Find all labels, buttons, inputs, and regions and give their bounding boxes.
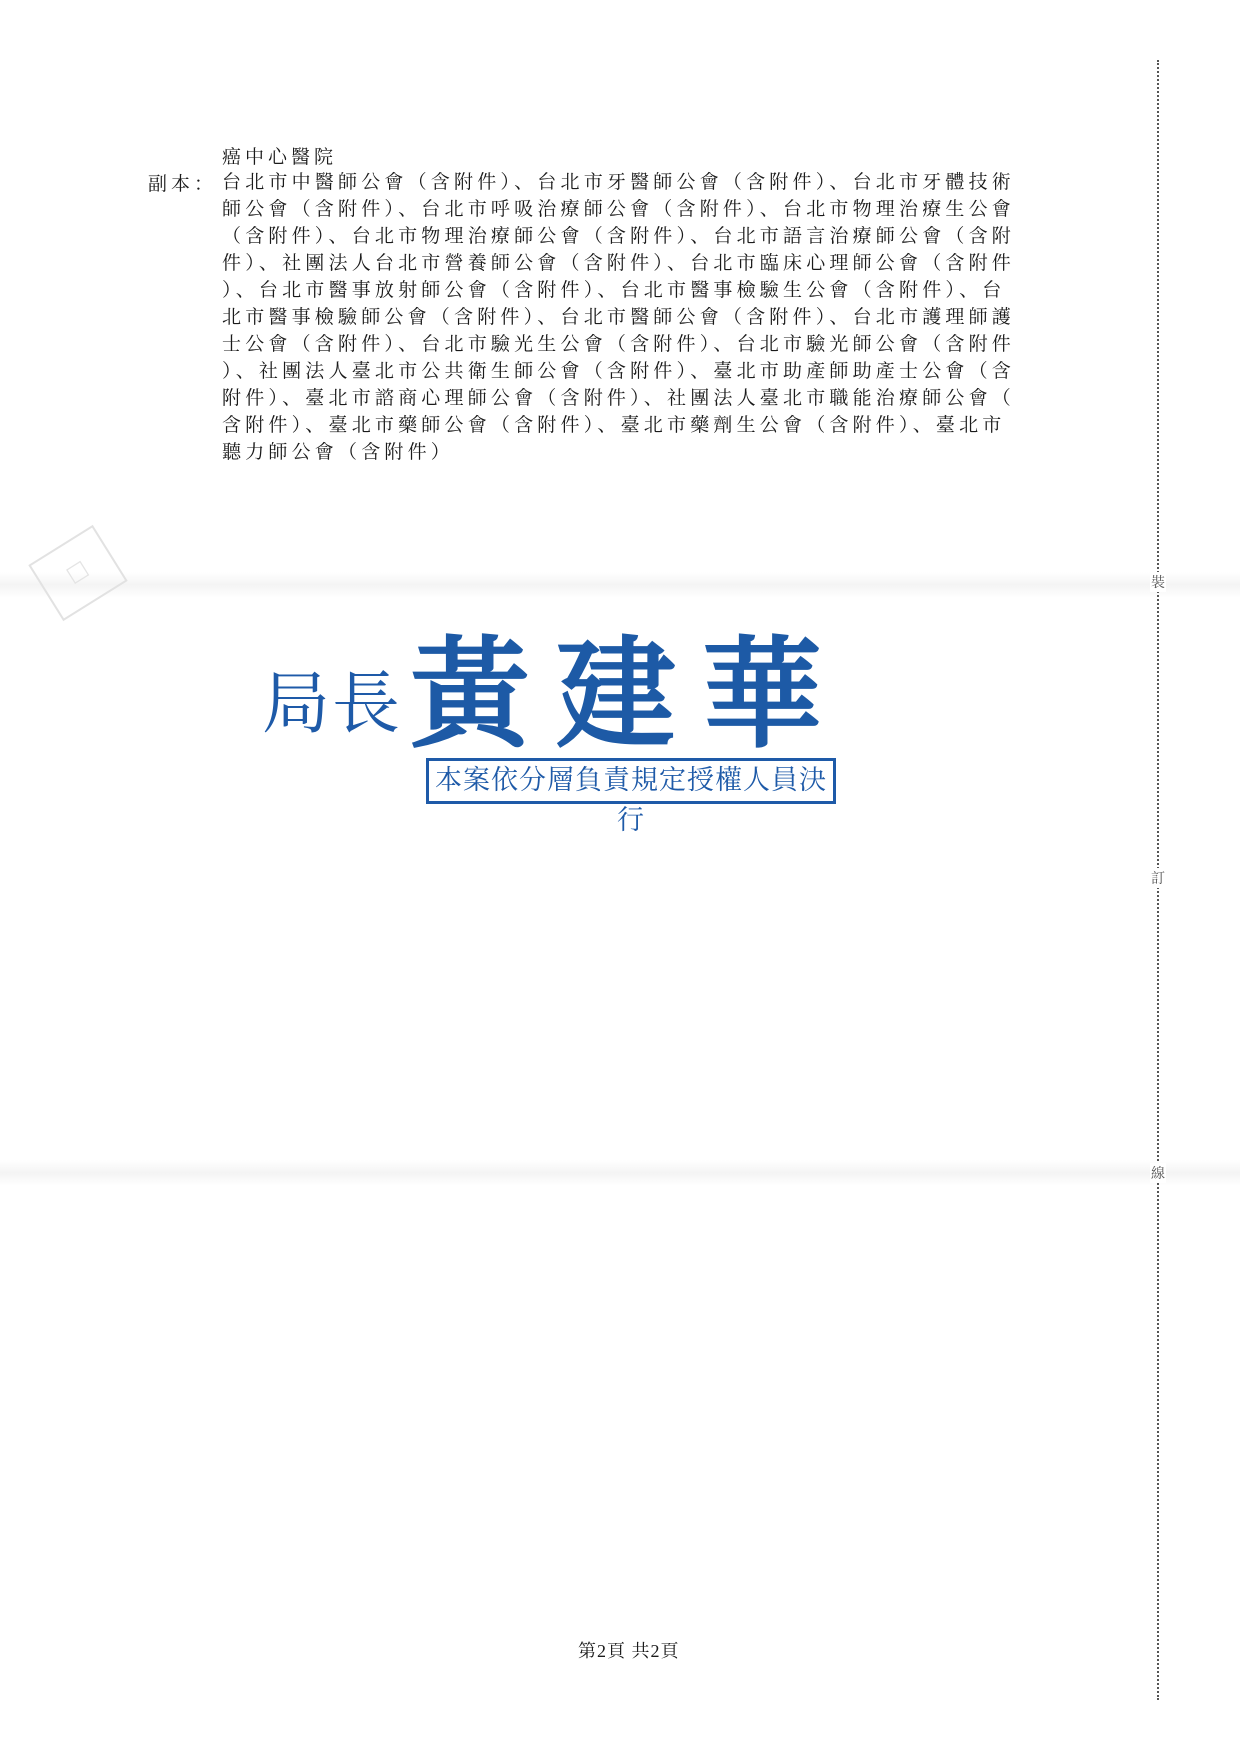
paper-fold-shadow: [0, 572, 1240, 598]
authority-delegation-stamp: 本案依分層負責規定授權人員決行: [426, 758, 836, 804]
page-number: 第2頁 共2頁: [578, 1637, 680, 1663]
faded-seal-stamp: □: [28, 525, 127, 621]
cc-line: 師公會（含附件）、台北市呼吸治療師公會（含附件）、台北市物理治療生公會: [222, 196, 1110, 223]
binding-mark-zhuang: 裝: [1150, 572, 1166, 592]
cc-label: 副本：: [148, 169, 217, 196]
binding-mark-xian: 線: [1150, 1163, 1166, 1183]
cc-line: ）、社團法人臺北市公共衛生師公會（含附件）、臺北市助產師助產士公會（含: [222, 358, 1110, 385]
cc-line: 附件）、臺北市諮商心理師公會（含附件）、社團法人臺北市職能治療師公會（: [222, 385, 1110, 412]
cc-line: ）、台北市醫事放射師公會（含附件）、台北市醫事檢驗生公會（含附件）、台: [222, 277, 1110, 304]
paper-fold-shadow: [0, 1160, 1240, 1186]
cc-line: 含附件）、臺北市藥師公會（含附件）、臺北市藥劑生公會（含附件）、臺北市: [222, 412, 1110, 439]
cc-line: 北市醫事檢驗師公會（含附件）、台北市醫師公會（含附件）、台北市護理師護: [222, 304, 1110, 331]
cc-recipient-list: 台北市中醫師公會（含附件）、台北市牙醫師公會（含附件）、台北市牙體技術 師公會（…: [222, 169, 1110, 466]
signature-title: 局長: [262, 650, 402, 747]
cc-line: 台北市中醫師公會（含附件）、台北市牙醫師公會（含附件）、台北市牙體技術: [222, 169, 1110, 196]
recipient-tail: 癌中心醫院: [222, 142, 337, 169]
cc-line: （含附件）、台北市物理治療師公會（含附件）、台北市語言治療師公會（含附: [222, 223, 1110, 250]
binding-mark-ding: 訂: [1150, 868, 1166, 888]
signature-name-stamp: 黃建華: [410, 620, 848, 770]
cc-line: 件）、社團法人台北市營養師公會（含附件）、台北市臨床心理師公會（含附件: [222, 250, 1110, 277]
cc-line: 聽力師公會（含附件）: [222, 439, 1110, 466]
cc-line: 士公會（含附件）、台北市驗光生公會（含附件）、台北市驗光師公會（含附件: [222, 331, 1110, 358]
